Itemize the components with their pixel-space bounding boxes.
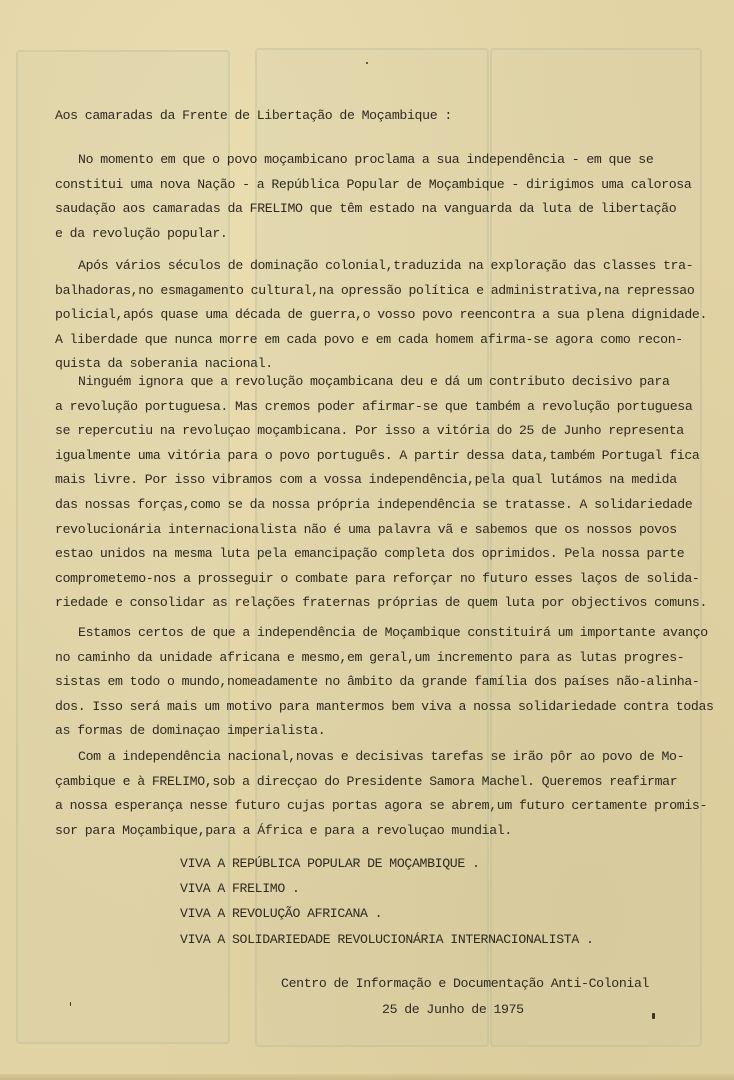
letter-line: sistas em todo o mundo,nomeadamente no â… [55,670,700,695]
ink-speck [366,62,368,64]
letter-line: a nossa esperança nesse futuro cujas por… [55,794,707,819]
ink-speck [70,1002,71,1006]
slogan: VIVA A SOLIDARIEDADE REVOLUCIONÁRIA INTE… [180,928,594,953]
letter-line: saudação aos camaradas da FRELIMO que tê… [55,197,676,222]
letter-line: A liberdade que nunca morre em cada povo… [55,328,683,353]
letter-line: no caminho da unidade africana e mesmo,e… [55,646,684,671]
letter-line: revolucionária internacionalista não é u… [55,518,677,543]
letter-line: igualmente uma vitória para o povo portu… [55,444,700,469]
salutation: Aos camaradas da Frente de Libertação de… [55,104,452,129]
slogan: VIVA A FRELIMO . [180,877,300,902]
letter-line: das nossas forças,como se da nossa própr… [55,493,692,518]
slogan: VIVA A REVOLUÇÃO AFRICANA . [180,902,382,927]
letter-line: Com a independência nacional,novas e dec… [78,745,684,770]
letter-line: Após vários séculos de dominação colonia… [78,254,693,279]
letter-line: Ninguém ignora que a revolução moçambica… [78,370,670,395]
letter-line: dos. Isso será mais um motivo para mante… [55,695,714,720]
letter-line: mais livre. Por isso vibramos com a voss… [55,468,677,493]
letter-line: estao unidos na mesma luta pela emancipa… [55,542,684,567]
letter-line: balhadoras,no esmagamento cultural,na op… [55,279,694,304]
letter-line: riedade e consolidar as relações fratern… [55,591,707,616]
letter-line: constitui uma nova Nação - a República P… [55,173,691,198]
paper-edge [0,1074,734,1080]
letter-line: No momento em que o povo moçambicano pro… [78,148,653,173]
ink-speck [652,1013,655,1019]
letter-line: as formas de dominaçao imperialista. [55,719,325,744]
slogan: VIVA A REPÚBLICA POPULAR DE MOÇAMBIQUE . [180,852,480,877]
letter-line: sor para Moçambique,para a África e para… [55,819,512,844]
letter-line: a revolução portuguesa. Mas cremos poder… [55,395,692,420]
signature-date: 25 de Junho de 1975 [382,998,524,1023]
letter-line: e da revolução popular. [55,222,227,247]
letter-line: policial,após quase uma década de guerra… [55,303,707,328]
letter-line: Estamos certos de que a independência de… [78,621,708,646]
letter-line: se repercutiu na revoluçao moçambicana. … [55,419,684,444]
letter-line: çambique e à FRELIMO,sob a direcçao do P… [55,770,677,795]
signature-organization: Centro de Informação e Documentação Anti… [281,972,649,997]
letter-line: comprometemo-nos a prosseguir o combate … [55,567,700,592]
